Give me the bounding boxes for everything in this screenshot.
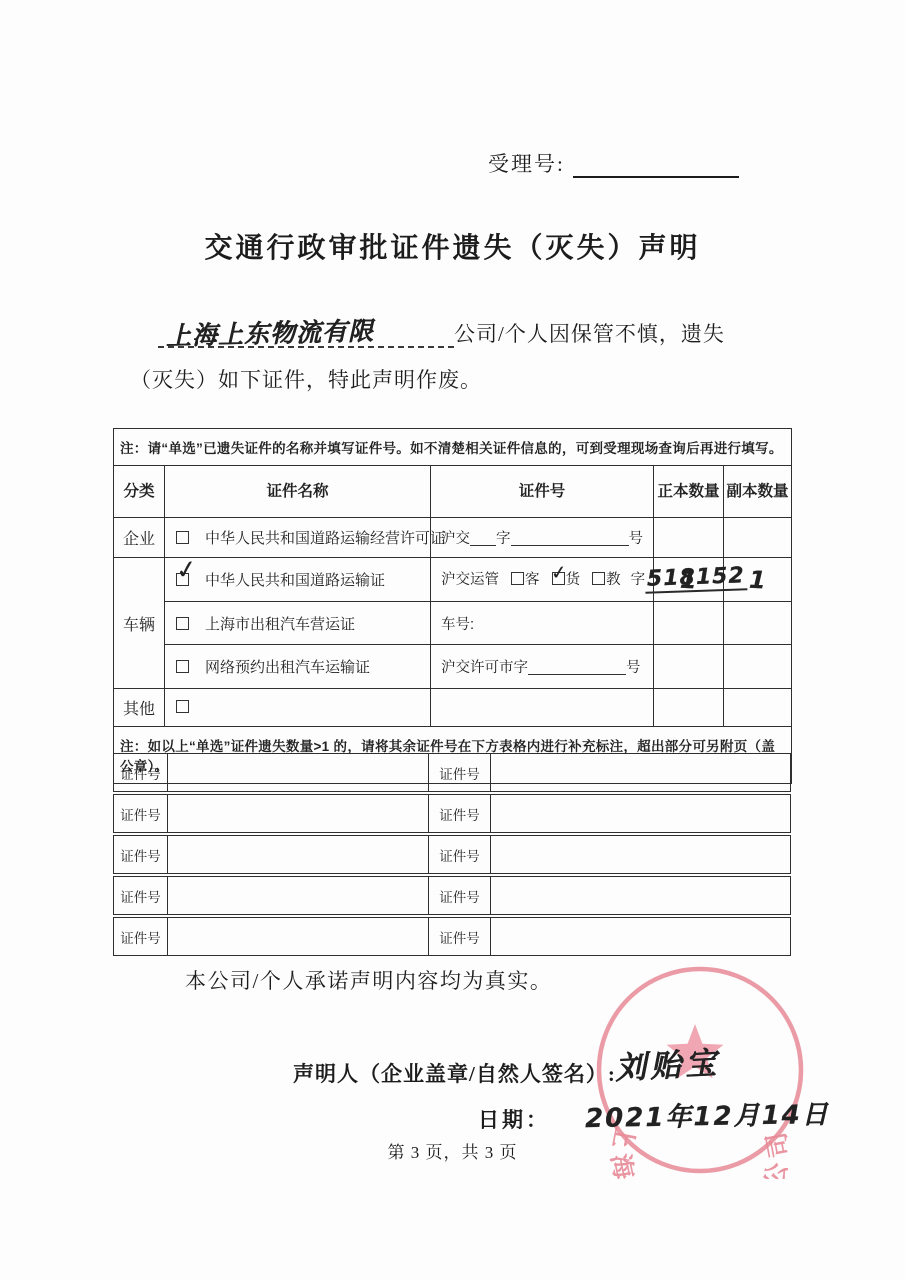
col-header-category: 分类 bbox=[114, 466, 165, 518]
row-online-taxi-cert: 网络预约出租汽车运输证 沪交许可市字号 bbox=[114, 645, 792, 689]
original-count-cell bbox=[654, 645, 724, 689]
handwritten-check-mark: ✓ bbox=[174, 556, 198, 584]
extra-row-blank bbox=[168, 754, 429, 791]
intro-line-1: 上海上东物流有限 公司/个人因保管不慎，遗失 bbox=[130, 318, 798, 348]
category-enterprise: 企业 bbox=[114, 518, 165, 558]
cert-name: 中华人民共和国道路运输证 bbox=[205, 572, 385, 589]
original-count-cell bbox=[654, 689, 724, 727]
extra-row-blank bbox=[491, 918, 790, 955]
extra-row-label: 证件号 bbox=[114, 877, 168, 914]
row-road-operation-license: 企业 中华人民共和国道路运输经营许可证 沪交字号 bbox=[114, 518, 792, 558]
row-other: 其他 bbox=[114, 689, 792, 727]
duplicate-count-cell bbox=[724, 689, 792, 727]
extra-row-label: 证件号 bbox=[114, 836, 168, 873]
row-road-transport-cert: 车辆 ✓中华人民共和国道路运输证 沪交运管 客 ✓货 教 字518152 1 1 bbox=[114, 558, 792, 602]
extra-row-blank bbox=[491, 754, 790, 791]
no-mid: 字 bbox=[496, 531, 511, 547]
checkbox-taxi-operation-cert bbox=[176, 616, 189, 633]
company-name-blank-line: 上海上东物流有限 bbox=[158, 318, 454, 348]
document-page: 受理号: 交通行政审批证件遗失（灭失）声明 上海上东物流有限 公司/个人因保管不… bbox=[0, 0, 905, 1280]
duplicate-count-handwritten: 1 bbox=[749, 565, 767, 594]
no-suffix: 号 bbox=[629, 531, 644, 547]
declarant-label: 声明人（企业盖章/自然人签名）: bbox=[293, 1058, 616, 1088]
row-taxi-operation-cert: 上海市出租汽车营运证 车号: bbox=[114, 602, 792, 645]
extra-row-blank bbox=[491, 836, 790, 873]
no-prefix: 沪交运管 bbox=[441, 572, 499, 588]
col-header-name: 证件名称 bbox=[165, 466, 431, 518]
cert-name: 网络预约出租汽车运输证 bbox=[205, 659, 370, 676]
intro-text-after-blank: 公司/个人因保管不慎，遗失 bbox=[454, 318, 725, 348]
date-handwritten: 2021年12月14日 bbox=[585, 1094, 830, 1135]
category-other: 其他 bbox=[114, 689, 165, 727]
cert-name: 上海市出租汽车营运证 bbox=[205, 616, 355, 633]
acceptance-number-line: 受理号: bbox=[488, 148, 739, 178]
blank-line bbox=[470, 530, 496, 546]
duplicate-count-cell bbox=[724, 602, 792, 645]
extra-row-label: 证件号 bbox=[429, 918, 491, 955]
cert-name: 中华人民共和国道路运输经营许可证 bbox=[205, 530, 445, 547]
extra-row-blank bbox=[491, 795, 790, 832]
extra-row: 证件号 证件号 bbox=[113, 917, 791, 956]
original-count-cell bbox=[654, 518, 724, 558]
extra-row-label: 证件号 bbox=[429, 836, 491, 873]
extra-row-blank bbox=[168, 877, 429, 914]
table-note-top-row: 注：请“单选”已遗失证件的名称并填写证件号。如不清楚相关证件信息的，可到受理现场… bbox=[114, 429, 792, 466]
extra-row-label: 证件号 bbox=[114, 918, 168, 955]
checkbox-other bbox=[176, 699, 189, 716]
company-name-handwritten: 上海上东物流有限 bbox=[166, 311, 375, 352]
page-title: 交通行政审批证件遗失（灭失）声明 bbox=[0, 226, 905, 266]
col-header-number: 证件号 bbox=[431, 466, 654, 518]
extra-row-blank bbox=[168, 795, 429, 832]
table-header-row: 分类 证件名称 证件号 正本数量 副本数量 bbox=[114, 466, 792, 518]
checkbox-road-transport-cert-checked: ✓ bbox=[176, 572, 189, 589]
extra-row-blank bbox=[168, 918, 429, 955]
extra-row: 证件号 证件号 bbox=[113, 835, 791, 874]
no-suffix: 号 bbox=[626, 660, 641, 676]
checkbox-online-taxi-cert bbox=[176, 659, 189, 676]
extra-row-label: 证件号 bbox=[114, 795, 168, 832]
certificate-table: 注：请“单选”已遗失证件的名称并填写证件号。如不清楚相关证件信息的，可到受理现场… bbox=[113, 428, 792, 784]
extra-row-label: 证件号 bbox=[429, 877, 491, 914]
extra-row-label: 证件号 bbox=[429, 754, 491, 791]
extra-row: 证件号 证件号 bbox=[113, 753, 791, 792]
extra-row-blank bbox=[168, 836, 429, 873]
extra-row: 证件号 证件号 bbox=[113, 794, 791, 833]
option-training: 教 bbox=[606, 572, 621, 588]
no-prefix: 沪交 bbox=[441, 531, 470, 547]
blank-line bbox=[528, 659, 626, 675]
category-vehicle: 车辆 bbox=[114, 558, 165, 689]
extra-row: 证件号 证件号 bbox=[113, 876, 791, 915]
signature-handwritten: 刘贻宝 bbox=[614, 1037, 721, 1087]
extra-row-label: 证件号 bbox=[114, 754, 168, 791]
acceptance-label: 受理号: bbox=[488, 148, 565, 178]
extra-row-blank bbox=[491, 877, 790, 914]
acceptance-blank-line bbox=[573, 152, 739, 178]
date-label: 日期： bbox=[478, 1104, 550, 1134]
col-header-duplicate-count: 副本数量 bbox=[724, 466, 792, 518]
checkbox-passenger bbox=[511, 572, 524, 588]
original-count-handwritten: 1 bbox=[680, 565, 698, 594]
checkbox-road-operation-license bbox=[176, 530, 189, 547]
handwritten-check-mark: ✓ bbox=[550, 563, 568, 584]
blank-line bbox=[511, 530, 629, 546]
duplicate-count-cell bbox=[724, 518, 792, 558]
no-mid: 字 bbox=[631, 572, 646, 588]
promise-statement: 本公司/个人承诺声明内容均为真实。 bbox=[185, 965, 552, 995]
option-passenger: 客 bbox=[525, 572, 540, 588]
col-header-original-count: 正本数量 bbox=[654, 466, 724, 518]
duplicate-count-cell bbox=[724, 645, 792, 689]
vehicle-number-label: 车号: bbox=[441, 617, 474, 633]
table-note-top: 注：请“单选”已遗失证件的名称并填写证件号。如不清楚相关证件信息的，可到受理现场… bbox=[114, 429, 792, 466]
original-count-cell bbox=[654, 602, 724, 645]
checkbox-cargo-checked: ✓ bbox=[552, 572, 565, 588]
intro-line-2: （灭失）如下证件，特此声明作废。 bbox=[130, 364, 798, 394]
checkbox-training bbox=[592, 572, 605, 588]
intro-paragraph: 上海上东物流有限 公司/个人因保管不慎，遗失 （灭失）如下证件，特此声明作废。 bbox=[130, 318, 798, 394]
no-prefix: 沪交许可市字 bbox=[441, 660, 528, 676]
extra-cert-number-rows: 证件号 证件号 证件号 证件号 证件号 证件号 证件号 证件号 证件号 证件号 bbox=[113, 753, 791, 958]
extra-row-label: 证件号 bbox=[429, 795, 491, 832]
